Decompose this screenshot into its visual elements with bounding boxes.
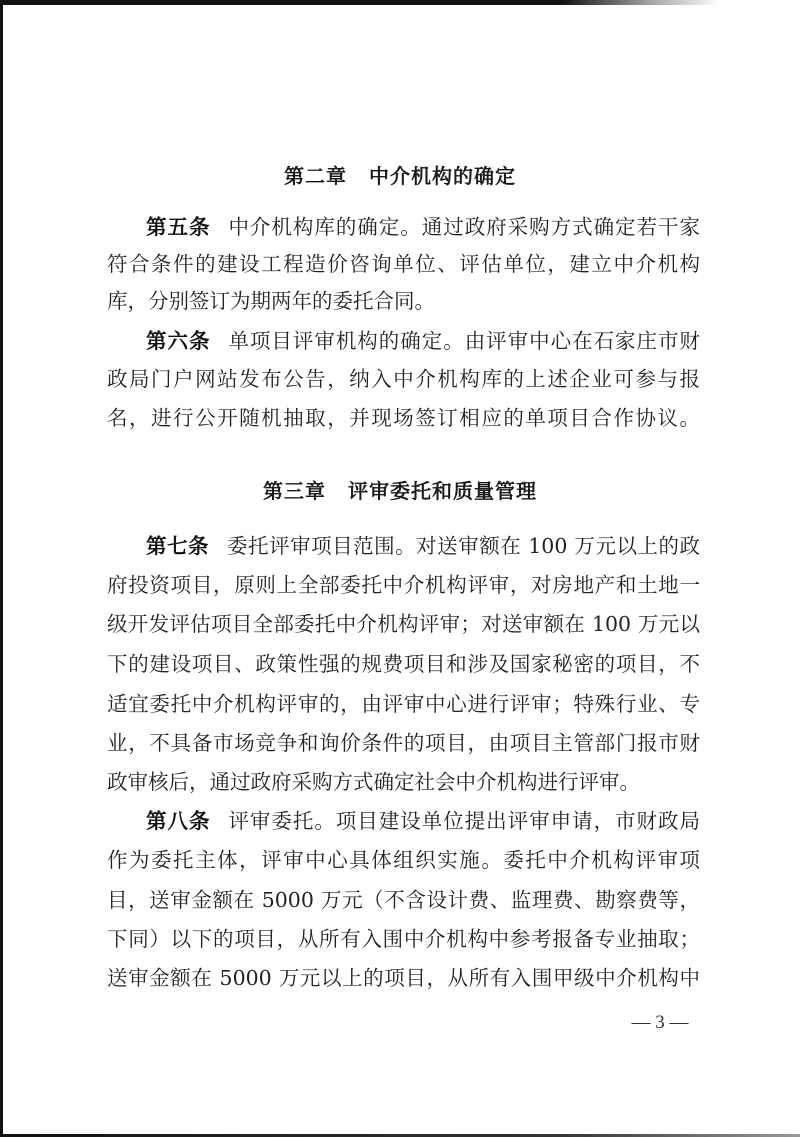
chapter-title: 评审委托和质量管理 <box>348 479 537 503</box>
article-text: 评审委托。项目建设单位提出评审申请，市财政局 <box>228 809 700 833</box>
article-text: 委托评审项目范围。对送审额在 100 万元以上的政 <box>227 534 700 558</box>
article-7-line-2: 府投资项目，原则上全部委托中介机构评审，对房地产和土地一 <box>107 570 700 600</box>
chapter-number: 第二章 <box>284 164 347 188</box>
article-7-line-5: 适宜委托中介机构评审的，由评审中心进行评审；特殊行业、专 <box>107 689 700 719</box>
chapter-heading-3: 第三章评审委托和质量管理 <box>0 475 800 504</box>
article-7-line-1: 第七条委托评审项目范围。对送审额在 100 万元以上的政 <box>146 531 700 561</box>
article-5-line-2: 符合条件的建设工程造价咨询单位、评估单位，建立中介机构 <box>107 249 700 279</box>
article-label: 第八条 <box>146 809 210 833</box>
article-text: 单项目评审机构的确定。由评审中心在石家庄市财 <box>228 329 700 353</box>
chapter-title: 中介机构的确定 <box>369 164 516 188</box>
article-7-line-6: 业，不具备市场竞争和询价条件的项目，由项目主管部门报市财 <box>107 728 700 758</box>
article-5-line-1: 第五条中介机构库的确定。通过政府采购方式确定若干家 <box>146 212 700 242</box>
chapter-heading-2: 第二章中介机构的确定 <box>0 160 800 189</box>
document-page: 第二章中介机构的确定 第五条中介机构库的确定。通过政府采购方式确定若干家 符合条… <box>0 0 800 1137</box>
article-text: 中介机构库的确定。通过政府采购方式确定若干家 <box>228 215 700 239</box>
article-label: 第六条 <box>146 329 210 353</box>
article-6-line-1: 第六条单项目评审机构的确定。由评审中心在石家庄市财 <box>146 326 700 356</box>
article-7-line-7: 政审核后，通过政府采购方式确定社会中介机构进行评审。 <box>107 767 700 797</box>
article-7-line-3: 级开发评估项目全部委托中介机构评审；对送审额在 100 万元以 <box>107 609 700 639</box>
chapter-number: 第三章 <box>263 479 326 503</box>
article-7-line-4: 下的建设项目、政策性强的规费项目和涉及国家秘密的项目，不 <box>107 649 700 679</box>
article-8-line-3: 目，送审金额在 5000 万元（不含设计费、监理费、勘察费等， <box>107 885 700 915</box>
page-number: — 3 — <box>600 1012 720 1034</box>
article-8-line-4: 下同）以下的项目，从所有入围中介机构中参考报备专业抽取； <box>107 924 700 954</box>
article-label: 第七条 <box>146 534 209 558</box>
article-label: 第五条 <box>146 215 210 239</box>
article-8-line-5: 送审金额在 5000 万元以上的项目，从所有入围甲级中介机构中 <box>107 963 700 993</box>
article-8-line-2: 作为委托主体，评审中心具体组织实施。委托中介机构评审项 <box>107 845 700 875</box>
article-8-line-1: 第八条评审委托。项目建设单位提出评审申请，市财政局 <box>146 806 700 836</box>
article-6-line-3: 名，进行公开随机抽取，并现场签订相应的单项目合作协议。 <box>107 403 700 433</box>
article-6-line-2: 政局门户网站发布公告，纳入中介机构库的上述企业可参与报 <box>107 364 700 394</box>
article-5-line-3: 库，分别签订为期两年的委托合同。 <box>107 286 700 316</box>
